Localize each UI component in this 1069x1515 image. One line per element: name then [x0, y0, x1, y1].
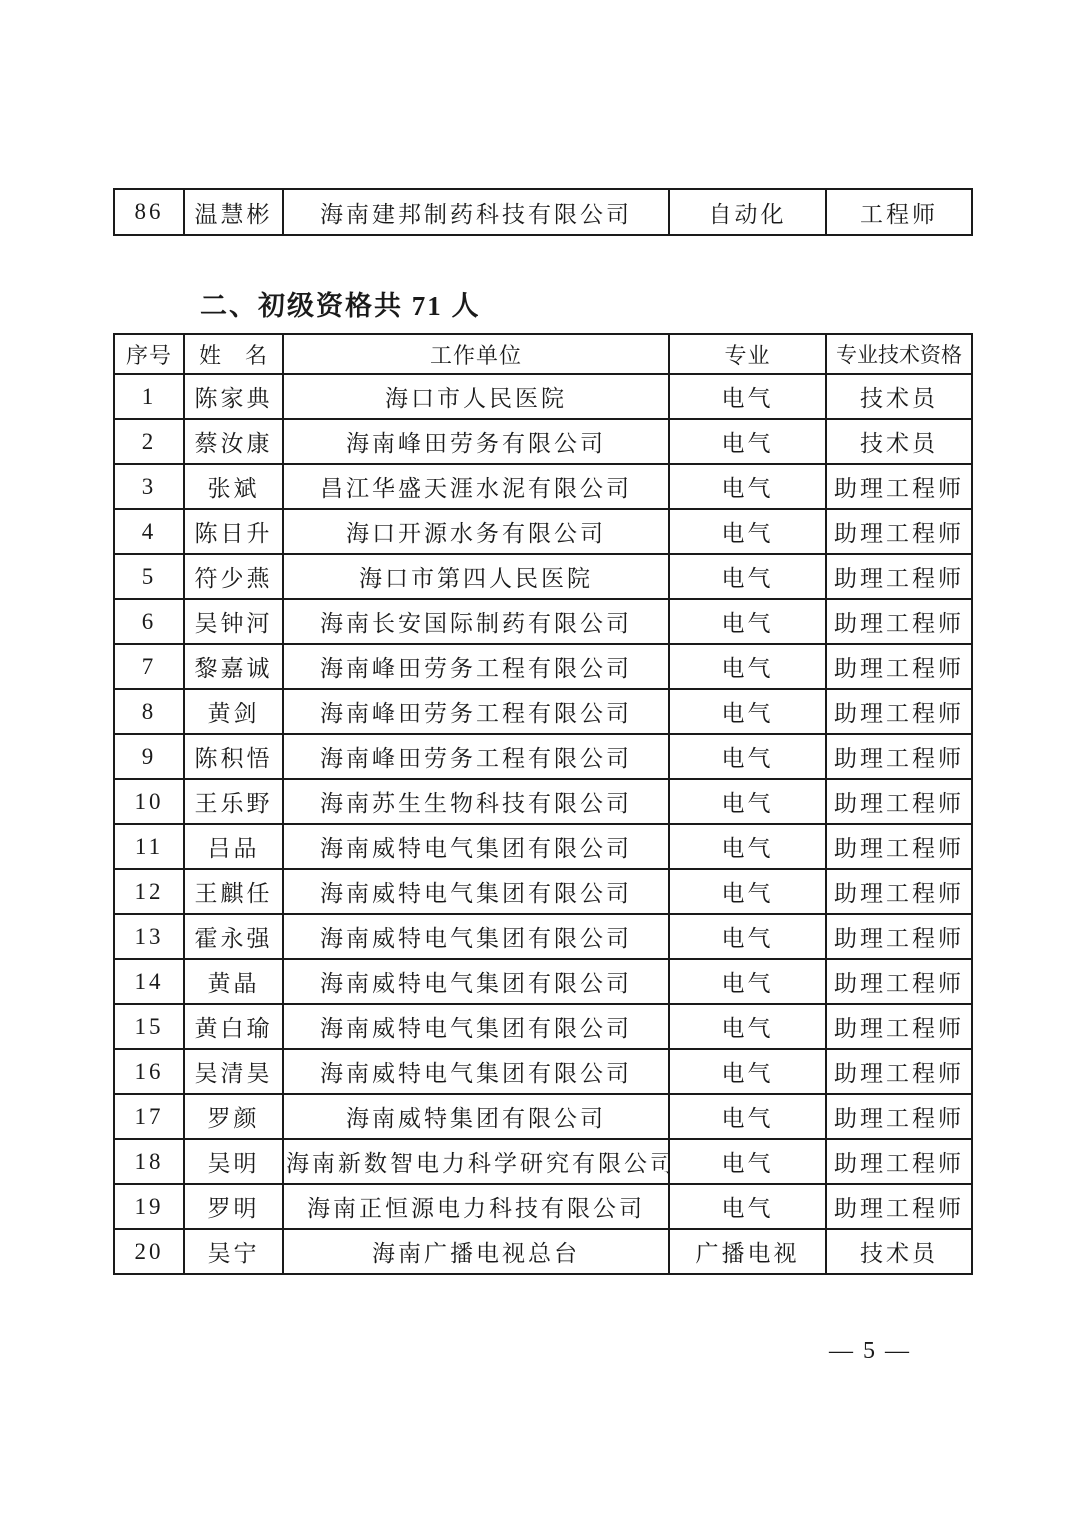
- cell-major: 电气: [669, 914, 826, 959]
- cell-no: 6: [114, 599, 184, 644]
- cell-title: 助理工程师: [826, 869, 972, 914]
- cell-company: 海南苏生生物科技有限公司: [283, 779, 669, 824]
- header-name: 姓 名: [184, 334, 283, 374]
- cell-no: 16: [114, 1049, 184, 1094]
- cell-title: 助理工程师: [826, 464, 972, 509]
- cell-major: 电气: [669, 554, 826, 599]
- cell-no: 20: [114, 1229, 184, 1274]
- cell-title: 助理工程师: [826, 1184, 972, 1229]
- cell-title: 助理工程师: [826, 914, 972, 959]
- cell-major: 电气: [669, 599, 826, 644]
- cell-company: 海南威特电气集团有限公司: [283, 824, 669, 869]
- cell-major: 电气: [669, 1094, 826, 1139]
- cell-company: 海南威特电气集团有限公司: [283, 1049, 669, 1094]
- cell-name: 温慧彬: [184, 189, 283, 235]
- header-no: 序号: [114, 334, 184, 374]
- cell-company: 海南威特电气集团有限公司: [283, 959, 669, 1004]
- cell-major: 广播电视: [669, 1229, 826, 1274]
- table-row: 13霍永强海南威特电气集团有限公司电气助理工程师: [114, 914, 972, 959]
- cell-name: 吕品: [184, 824, 283, 869]
- cell-name: 黎嘉诚: [184, 644, 283, 689]
- header-major: 专业: [669, 334, 826, 374]
- cell-company: 海口开源水务有限公司: [283, 509, 669, 554]
- table-row: 19罗明海南正恒源电力科技有限公司电气助理工程师: [114, 1184, 972, 1229]
- table-row: 18吴明海南新数智电力科学研究有限公司电气助理工程师: [114, 1139, 972, 1184]
- cell-name: 陈家典: [184, 374, 283, 419]
- cell-company: 海南威特电气集团有限公司: [283, 914, 669, 959]
- cell-company: 海南峰田劳务工程有限公司: [283, 644, 669, 689]
- cell-company: 海南威特电气集团有限公司: [283, 869, 669, 914]
- cell-name: 张斌: [184, 464, 283, 509]
- cell-name: 王乐野: [184, 779, 283, 824]
- table-row: 20吴宁海南广播电视总台广播电视技术员: [114, 1229, 972, 1274]
- cell-company: 海南威特电气集团有限公司: [283, 1004, 669, 1049]
- cell-name: 吴钟河: [184, 599, 283, 644]
- cell-name: 黄晶: [184, 959, 283, 1004]
- cell-title: 技术员: [826, 374, 972, 419]
- cell-no: 11: [114, 824, 184, 869]
- cell-major: 电气: [669, 1004, 826, 1049]
- cell-name: 吴宁: [184, 1229, 283, 1274]
- table-row: 7黎嘉诚海南峰田劳务工程有限公司电气助理工程师: [114, 644, 972, 689]
- cell-major: 电气: [669, 824, 826, 869]
- cell-no: 17: [114, 1094, 184, 1139]
- cell-no: 7: [114, 644, 184, 689]
- cell-no: 10: [114, 779, 184, 824]
- cell-no: 13: [114, 914, 184, 959]
- table-row: 14黄晶海南威特电气集团有限公司电气助理工程师: [114, 959, 972, 1004]
- page-number: — 5 —: [780, 1338, 960, 1365]
- cell-title: 助理工程师: [826, 1049, 972, 1094]
- cell-major: 电气: [669, 869, 826, 914]
- cell-no: 5: [114, 554, 184, 599]
- cell-major: 电气: [669, 1184, 826, 1229]
- cell-major: 电气: [669, 464, 826, 509]
- table-row: 5符少燕海口市第四人民医院电气助理工程师: [114, 554, 972, 599]
- cell-no: 2: [114, 419, 184, 464]
- table-row: 86 温慧彬 海南建邦制药科技有限公司 自动化 工程师: [114, 189, 972, 235]
- header-company: 工作单位: [283, 334, 669, 374]
- cell-company: 海南威特集团有限公司: [283, 1094, 669, 1139]
- table-row: 8黄剑海南峰田劳务工程有限公司电气助理工程师: [114, 689, 972, 734]
- table-row: 10王乐野海南苏生生物科技有限公司电气助理工程师: [114, 779, 972, 824]
- cell-company: 海口市人民医院: [283, 374, 669, 419]
- cell-major: 自动化: [669, 189, 826, 235]
- cell-major: 电气: [669, 779, 826, 824]
- cell-company: 昌江华盛天涯水泥有限公司: [283, 464, 669, 509]
- document-page: 86 温慧彬 海南建邦制药科技有限公司 自动化 工程师 二、初级资格共 71 人…: [0, 0, 1069, 1515]
- cell-major: 电气: [669, 1139, 826, 1184]
- cell-major: 电气: [669, 734, 826, 779]
- cell-no: 4: [114, 509, 184, 554]
- cell-company: 海南峰田劳务工程有限公司: [283, 734, 669, 779]
- table-row: 11吕品海南威特电气集团有限公司电气助理工程师: [114, 824, 972, 869]
- cell-no: 15: [114, 1004, 184, 1049]
- table-row: 17罗颜海南威特集团有限公司电气助理工程师: [114, 1094, 972, 1139]
- cell-title: 助理工程师: [826, 959, 972, 1004]
- cell-title: 助理工程师: [826, 689, 972, 734]
- cell-name: 罗明: [184, 1184, 283, 1229]
- cell-name: 陈积悟: [184, 734, 283, 779]
- cell-name: 黄白瑜: [184, 1004, 283, 1049]
- cell-company: 海南建邦制药科技有限公司: [283, 189, 669, 235]
- cell-title: 助理工程师: [826, 734, 972, 779]
- table-header-row: 序号 姓 名 工作单位 专业 专业技术资格: [114, 334, 972, 374]
- cell-company: 海南广播电视总台: [283, 1229, 669, 1274]
- cell-no: 9: [114, 734, 184, 779]
- cell-major: 电气: [669, 959, 826, 1004]
- cell-no: 12: [114, 869, 184, 914]
- cell-no: 3: [114, 464, 184, 509]
- table-row: 1陈家典海口市人民医院电气技术员: [114, 374, 972, 419]
- cell-major: 电气: [669, 689, 826, 734]
- cell-title: 助理工程师: [826, 1094, 972, 1139]
- cell-no: 14: [114, 959, 184, 1004]
- cell-no: 19: [114, 1184, 184, 1229]
- cell-major: 电气: [669, 374, 826, 419]
- cell-name: 符少燕: [184, 554, 283, 599]
- cell-title: 助理工程师: [826, 1004, 972, 1049]
- cell-title: 助理工程师: [826, 509, 972, 554]
- table-row: 4陈日升海口开源水务有限公司电气助理工程师: [114, 509, 972, 554]
- cell-name: 陈日升: [184, 509, 283, 554]
- cell-name: 蔡汝康: [184, 419, 283, 464]
- cell-title: 技术员: [826, 419, 972, 464]
- table-row: 15黄白瑜海南威特电气集团有限公司电气助理工程师: [114, 1004, 972, 1049]
- cell-company: 海南正恒源电力科技有限公司: [283, 1184, 669, 1229]
- cell-name: 吴清昊: [184, 1049, 283, 1094]
- cell-no: 8: [114, 689, 184, 734]
- cell-company: 海南峰田劳务工程有限公司: [283, 689, 669, 734]
- cell-company: 海南峰田劳务有限公司: [283, 419, 669, 464]
- cell-title: 技术员: [826, 1229, 972, 1274]
- cell-name: 黄剑: [184, 689, 283, 734]
- section-heading: 二、初级资格共 71 人: [200, 284, 481, 323]
- cell-title: 助理工程师: [826, 599, 972, 644]
- cell-no: 1: [114, 374, 184, 419]
- table-row: 12王麒任海南威特电气集团有限公司电气助理工程师: [114, 869, 972, 914]
- table-row: 2蔡汝康海南峰田劳务有限公司电气技术员: [114, 419, 972, 464]
- cell-major: 电气: [669, 644, 826, 689]
- cell-name: 吴明: [184, 1139, 283, 1184]
- cell-title: 助理工程师: [826, 1139, 972, 1184]
- cell-title: 助理工程师: [826, 824, 972, 869]
- previous-section-table: 86 温慧彬 海南建邦制药科技有限公司 自动化 工程师: [113, 188, 973, 236]
- cell-title: 助理工程师: [826, 779, 972, 824]
- junior-qualification-table: 序号 姓 名 工作单位 专业 专业技术资格 1陈家典海口市人民医院电气技术员2蔡…: [113, 333, 973, 1275]
- cell-title: 助理工程师: [826, 554, 972, 599]
- cell-no: 86: [114, 189, 184, 235]
- table-row: 3张斌昌江华盛天涯水泥有限公司电气助理工程师: [114, 464, 972, 509]
- cell-name: 霍永强: [184, 914, 283, 959]
- cell-major: 电气: [669, 509, 826, 554]
- cell-name: 罗颜: [184, 1094, 283, 1139]
- table-row: 6吴钟河海南长安国际制药有限公司电气助理工程师: [114, 599, 972, 644]
- cell-no: 18: [114, 1139, 184, 1184]
- cell-title: 助理工程师: [826, 644, 972, 689]
- cell-title: 工程师: [826, 189, 972, 235]
- table-row: 16吴清昊海南威特电气集团有限公司电气助理工程师: [114, 1049, 972, 1094]
- cell-company: 海口市第四人民医院: [283, 554, 669, 599]
- cell-major: 电气: [669, 1049, 826, 1094]
- cell-name: 王麒任: [184, 869, 283, 914]
- cell-company: 海南长安国际制药有限公司: [283, 599, 669, 644]
- table-row: 9陈积悟海南峰田劳务工程有限公司电气助理工程师: [114, 734, 972, 779]
- header-title: 专业技术资格: [826, 334, 972, 374]
- cell-major: 电气: [669, 419, 826, 464]
- cell-company: 海南新数智电力科学研究有限公司: [283, 1139, 669, 1184]
